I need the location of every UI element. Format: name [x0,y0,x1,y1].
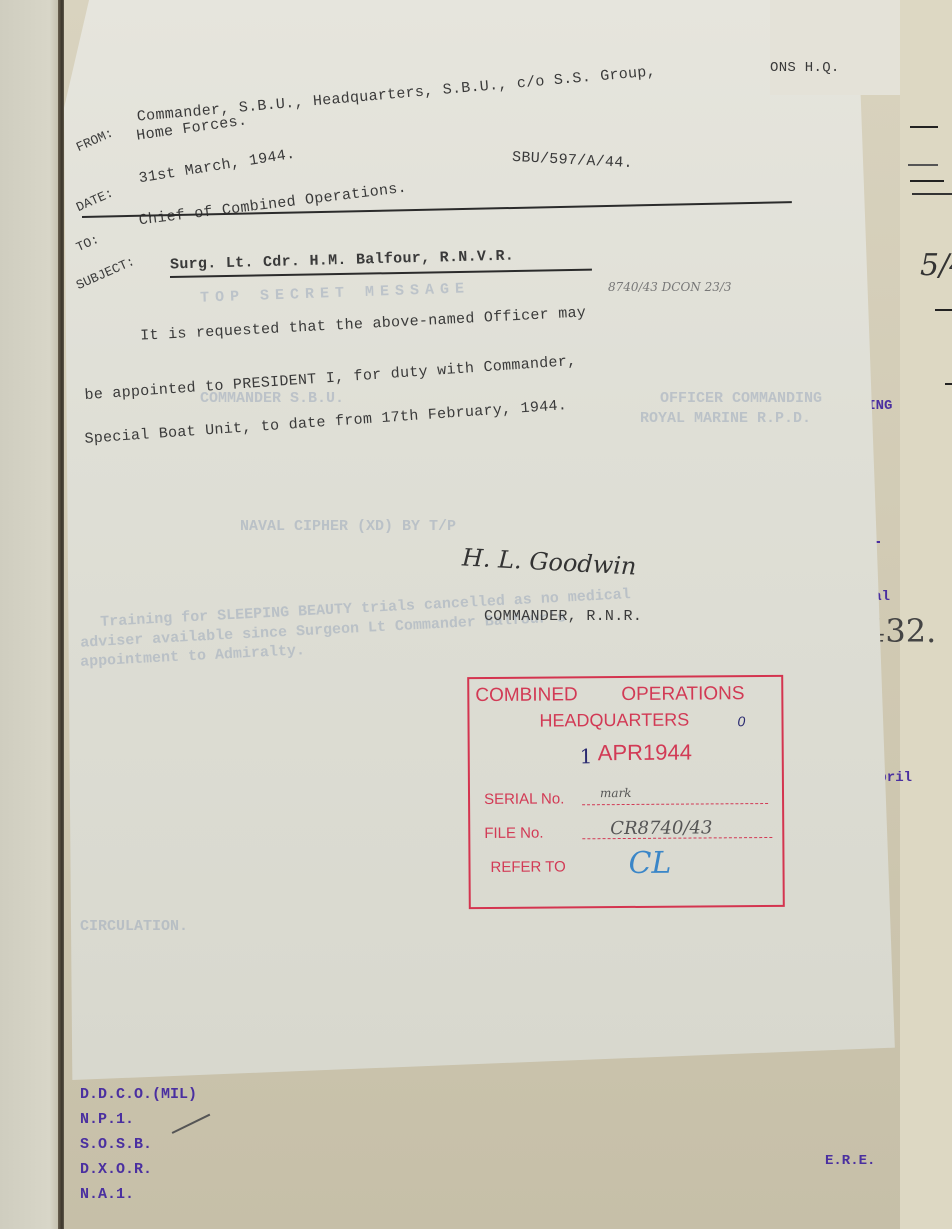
stamp-line-1-right: OPERATIONS [621,683,744,706]
distribution-item: N.A.1. [80,1182,197,1207]
serial-label: SERIAL No. [484,790,564,808]
stamp-mark: 0 [737,713,745,729]
serial-field [582,803,768,805]
bleedthrough-line: ROYAL MARINE R.P.D. [640,410,811,427]
file-label: FILE No. [484,825,543,842]
bleedthrough-line: NAVAL CIPHER (XD) BY T/P [240,518,456,535]
margin-tick [908,164,938,166]
margin-tick [910,180,944,182]
left-facing-page [0,0,62,1229]
bleedthrough-line: OFFICER COMMANDING [660,390,822,407]
initials: E.R.E. [825,1153,875,1169]
margin-tick [935,309,952,311]
margin-tick [910,126,938,128]
distribution-item: S.O.S.B. [80,1132,197,1157]
header-attachment-strip [770,0,900,95]
distribution-list: D.D.C.O.(MIL) N.P.1. S.O.S.B. D.X.O.R. N… [80,1082,197,1207]
refer-value: CL [628,846,671,881]
serial-value: mark [600,786,632,800]
stamp-day: 1 [580,744,593,768]
received-stamp: COMBINED OPERATIONS HEADQUARTERS 0 1 APR… [467,675,785,909]
distribution-item: D.X.O.R. [80,1157,197,1182]
bleedthrough-circulation: CIRCULATION. [80,918,188,935]
margin-tick [945,383,952,385]
refer-label: REFER TO [490,858,565,876]
file-value: CR8740/43 [610,817,712,839]
distribution-item: D.D.C.O.(MIL) [80,1082,197,1107]
header-fragment: ONS H.Q. [770,60,840,76]
stamp-date: APR1944 [598,740,692,767]
stamp-line-2: HEADQUARTERS [539,710,689,732]
stamp-line-1-left: COMBINED [475,684,578,707]
handwritten-side-note: 5/4 [920,248,952,283]
signatory: COMMANDER, R.N.R. [484,608,642,625]
margin-tick [912,193,952,195]
handwritten-reference: 8740/43 DCON 23/3 [608,280,732,294]
